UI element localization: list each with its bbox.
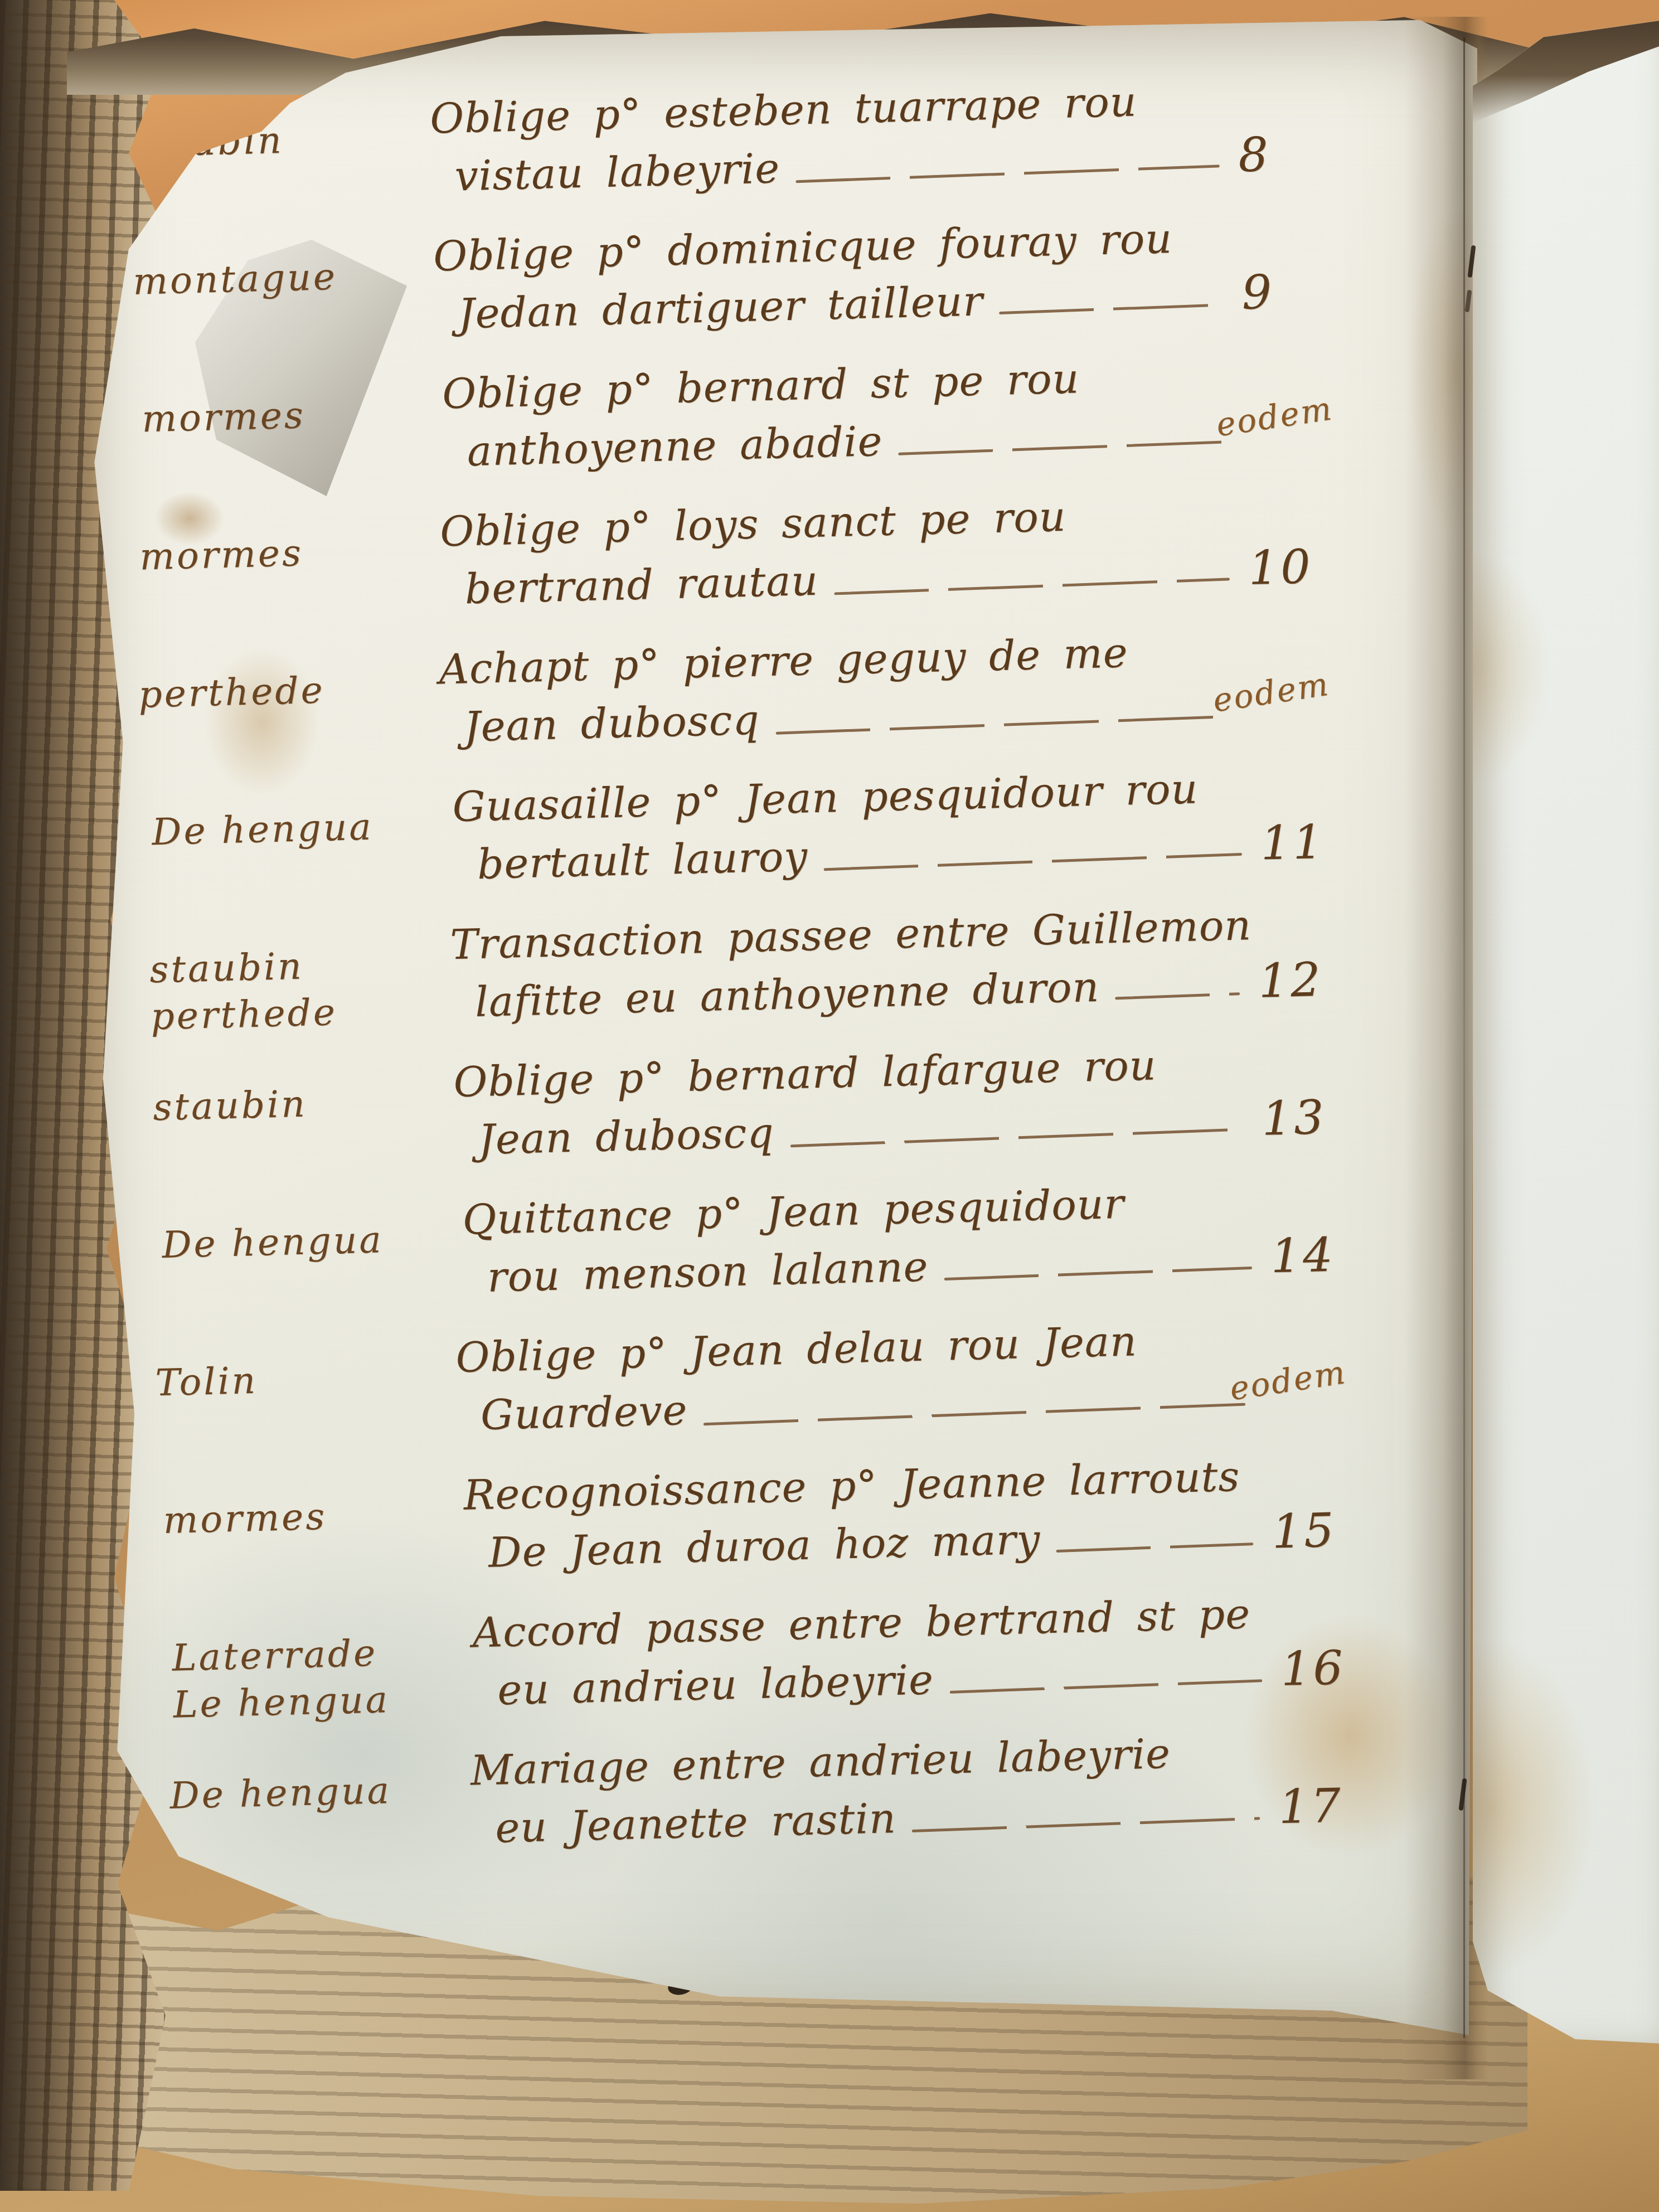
dash-rule	[1115, 992, 1240, 1000]
margin-name: De hengua	[169, 1765, 472, 1820]
entry-text-line2: Jedan dartiguer tailleur	[458, 272, 984, 343]
folio-number: 13	[1257, 1088, 1398, 1165]
entry-text-line2: eu Jeanette rastin	[494, 1789, 897, 1857]
left-page: staubin Oblige p° esteben tuarrape rou v…	[50, 14, 1477, 2043]
entry-text: Guasaille p° Jean pesquidour rou bertaul…	[452, 752, 1257, 894]
folio-number: 11	[1255, 813, 1396, 890]
entry-text: Oblige p° esteben tuarrape rou vistau la…	[429, 64, 1235, 206]
dash-rule	[824, 853, 1243, 871]
right-page-top-edge	[1473, 17, 1659, 123]
entry-text: Oblige p° loys sanct pe rou bertrand rau…	[439, 477, 1245, 619]
folio-number: 14	[1265, 1225, 1406, 1302]
right-margin-name	[1497, 1633, 1507, 1774]
right-margin-name	[1483, 224, 1496, 365]
dash-rule	[912, 1817, 1260, 1832]
margin-name: mormes	[139, 526, 441, 580]
right-margin-name	[1497, 1210, 1507, 1351]
margin-name-second: perthede	[151, 986, 453, 1040]
entry-margin-names: staubin perthede	[98, 909, 452, 1041]
entry-text: Oblige p° bernard lafargue rou Jean dubo…	[453, 1027, 1258, 1170]
entry-text: Quittance p° Jean pesquidour rou menson …	[462, 1165, 1267, 1307]
entry-text-line2: Jean duboscq	[478, 1104, 775, 1169]
right-margin-name	[1488, 1775, 1498, 1915]
entry-margin-names: Laterrade Le hengua	[120, 1598, 474, 1730]
manuscript-photo: staubin Oblige p° esteben tuarrape rou v…	[0, 0, 1659, 2212]
entry-text-line2: rou menson lalanne	[487, 1238, 929, 1306]
margin-name: mormes	[163, 1490, 465, 1544]
right-margin-name	[1488, 1493, 1498, 1633]
margin-name: staubin	[153, 1077, 455, 1131]
margin-name: staubin	[129, 114, 431, 168]
margin-name: Laterrade	[172, 1628, 474, 1682]
dash-rule	[944, 1267, 1253, 1280]
right-margin-name	[1488, 506, 1498, 646]
folio-number: 17	[1274, 1776, 1415, 1853]
right-margin-name	[1488, 1070, 1498, 1210]
entry-text: Oblige p° dominicque fouray rou Jedan da…	[433, 201, 1238, 343]
folio-number: 8	[1233, 124, 1374, 201]
entry-text: Transaction passee entre Guillemon lafit…	[449, 890, 1255, 1032]
margin-name: perthede	[138, 664, 440, 718]
index-entries: staubin Oblige p° esteben tuarrape rou v…	[78, 60, 1415, 1881]
margin-name-second: Le hengua	[173, 1675, 475, 1729]
right-margin-name	[1488, 929, 1498, 1069]
entry-text-line2: Guardeve	[480, 1381, 688, 1444]
dash-rule	[1056, 1542, 1254, 1553]
dash-rule	[899, 440, 1232, 455]
entry-text-line2: bertrand rautau	[464, 552, 819, 618]
margin-name: montague	[132, 251, 434, 305]
margin-name: mormes	[141, 389, 443, 443]
dash-rule	[949, 1680, 1262, 1694]
entry-text: Recognoissance p° Jeanne larrouts De Jea…	[463, 1440, 1268, 1583]
entry-margin-names: mormes	[111, 1460, 464, 1545]
entry-text: Accord passe entre bertrand st pe eu and…	[472, 1578, 1277, 1720]
dash-rule	[999, 303, 1223, 314]
entry-text-line2: Jean duboscq	[463, 691, 760, 756]
folio-number: 9	[1236, 262, 1377, 339]
entry-text-line2: eu andrieu labeyrie	[497, 1651, 934, 1719]
entry-margin-names: De hengua	[100, 772, 453, 857]
folio-number: 10	[1243, 537, 1384, 614]
dash-rule	[775, 715, 1229, 735]
folio-number: 15	[1267, 1501, 1408, 1578]
entry-text: Oblige p° Jean delau rou Jean Guardeve	[455, 1303, 1260, 1445]
entry-text: Achapt p° pierre geguy de me Jean dubosc…	[438, 614, 1244, 756]
margin-name: De hengua	[162, 1215, 464, 1269]
entry-margin-names: staubin	[101, 1047, 454, 1132]
right-margin-name	[1483, 1352, 1496, 1493]
entry-text: Oblige p° bernard st pe rou anthoyenne a…	[442, 339, 1247, 481]
dash-rule	[790, 1128, 1243, 1148]
entry-margin-names: mormes	[88, 496, 441, 581]
entry-margin-names: De hengua	[118, 1735, 471, 1821]
dash-rule	[834, 578, 1230, 595]
entry-margin-names: De hengua	[110, 1185, 463, 1270]
margin-name: staubin	[149, 939, 452, 993]
entry-margin-names: perthede	[87, 634, 440, 720]
folio-number: 12	[1253, 950, 1394, 1027]
right-margin-name	[1488, 647, 1498, 787]
margin-name: Tolin	[155, 1352, 457, 1406]
right-margin-name	[1483, 788, 1496, 929]
margin-name: De hengua	[151, 802, 453, 856]
entry-text-line2: anthoyenne abadie	[467, 413, 884, 481]
entry-text-line2: vistau labeyrie	[454, 139, 780, 205]
dash-rule	[704, 1403, 1245, 1426]
right-page	[1473, 17, 1659, 2051]
entry-text: Mariage entre andrieu labeyrie eu Jeanet…	[469, 1716, 1275, 1858]
entry-margin-names: Tolin	[104, 1322, 457, 1408]
entry-text-line2: bertault lauroy	[477, 827, 809, 893]
dash-rule	[795, 164, 1220, 183]
folio-number: 16	[1276, 1638, 1417, 1715]
entry-margin-names: mormes	[90, 358, 443, 444]
right-margin-name	[1497, 364, 1507, 505]
